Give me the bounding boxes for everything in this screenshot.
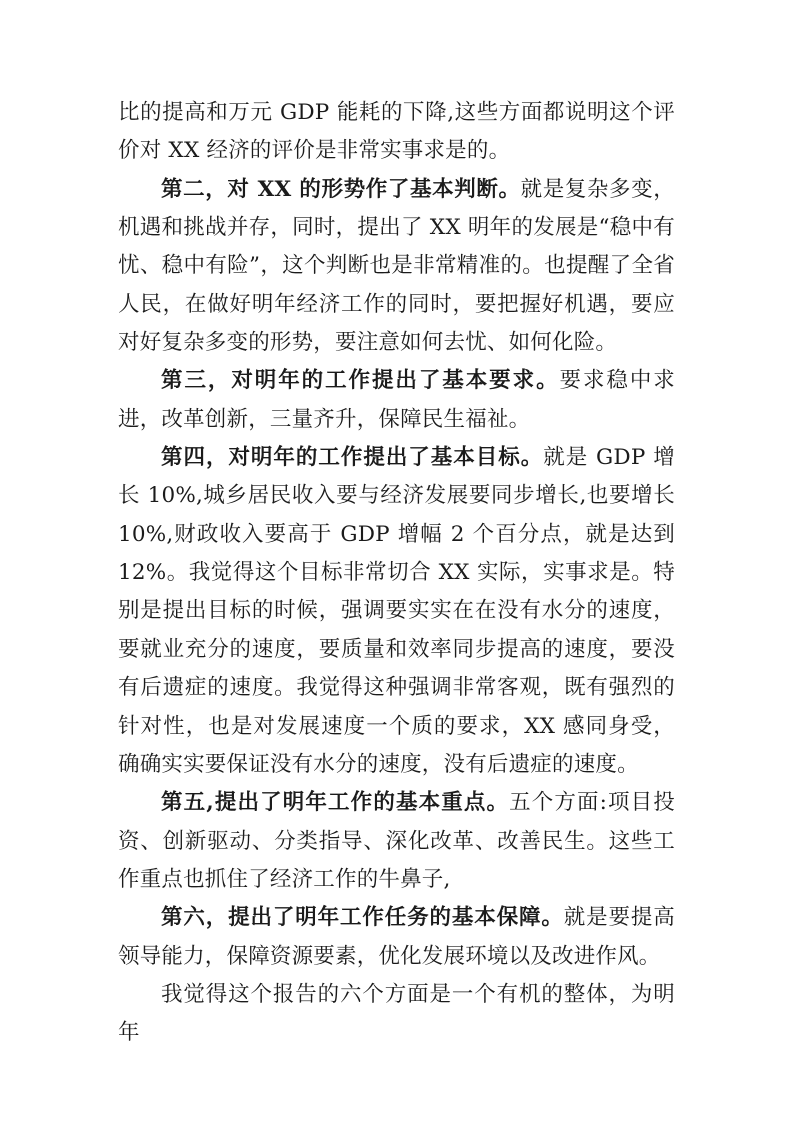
paragraph: 我觉得这个报告的六个方面是一个有机的整体，为明年 bbox=[118, 976, 675, 1053]
paragraph: 第四，对明年的工作提出了基本目标。就是 GDP 增长 10%,城乡居民收入要与经… bbox=[118, 439, 675, 784]
text-run: 就是复杂多变，机遇和挑战并存，同时，提出了 XX 明年的发展是“稳中有忧、稳中有… bbox=[118, 177, 675, 355]
document-page: 比的提高和万元 GDP 能耗的下降,这些方面都说明这个评价对 XX 经济的评价是… bbox=[0, 0, 793, 1122]
paragraph: 第三，对明年的工作提出了基本要求。要求稳中求进，改革创新，三量齐升，保障民生福祉… bbox=[118, 362, 675, 439]
paragraph: 比的提高和万元 GDP 能耗的下降,这些方面都说明这个评价对 XX 经济的评价是… bbox=[118, 94, 675, 171]
paragraph: 第五,提出了明年工作的基本重点。五个方面:项目投资、创新驱动、分类指导、深化改革… bbox=[118, 784, 675, 899]
bold-lead-run: 第四，对明年的工作提出了基本目标。 bbox=[161, 445, 543, 470]
text-run: 比的提高和万元 GDP 能耗的下降,这些方面都说明这个评价对 XX 经济的评价是… bbox=[118, 100, 675, 163]
document-body: 比的提高和万元 GDP 能耗的下降,这些方面都说明这个评价对 XX 经济的评价是… bbox=[118, 94, 675, 1053]
bold-lead-run: 第二，对 XX 的形势作了基本判断。 bbox=[161, 177, 521, 202]
paragraph: 第二，对 XX 的形势作了基本判断。就是复杂多变，机遇和挑战并存，同时，提出了 … bbox=[118, 171, 675, 363]
bold-lead-run: 第五,提出了明年工作的基本重点。 bbox=[161, 790, 509, 815]
paragraph: 第六，提出了明年工作任务的基本保障。就是要提高领导能力，保障资源要素，优化发展环… bbox=[118, 899, 675, 976]
bold-lead-run: 第三，对明年的工作提出了基本要求。 bbox=[161, 368, 560, 393]
bold-lead-run: 第六，提出了明年工作任务的基本保障。 bbox=[161, 905, 564, 930]
text-run: 我觉得这个报告的六个方面是一个有机的整体，为明年 bbox=[118, 982, 675, 1045]
text-run: 就是 GDP 增长 10%,城乡居民收入要与经济发展要同步增长,也要增长 10%… bbox=[118, 445, 675, 777]
